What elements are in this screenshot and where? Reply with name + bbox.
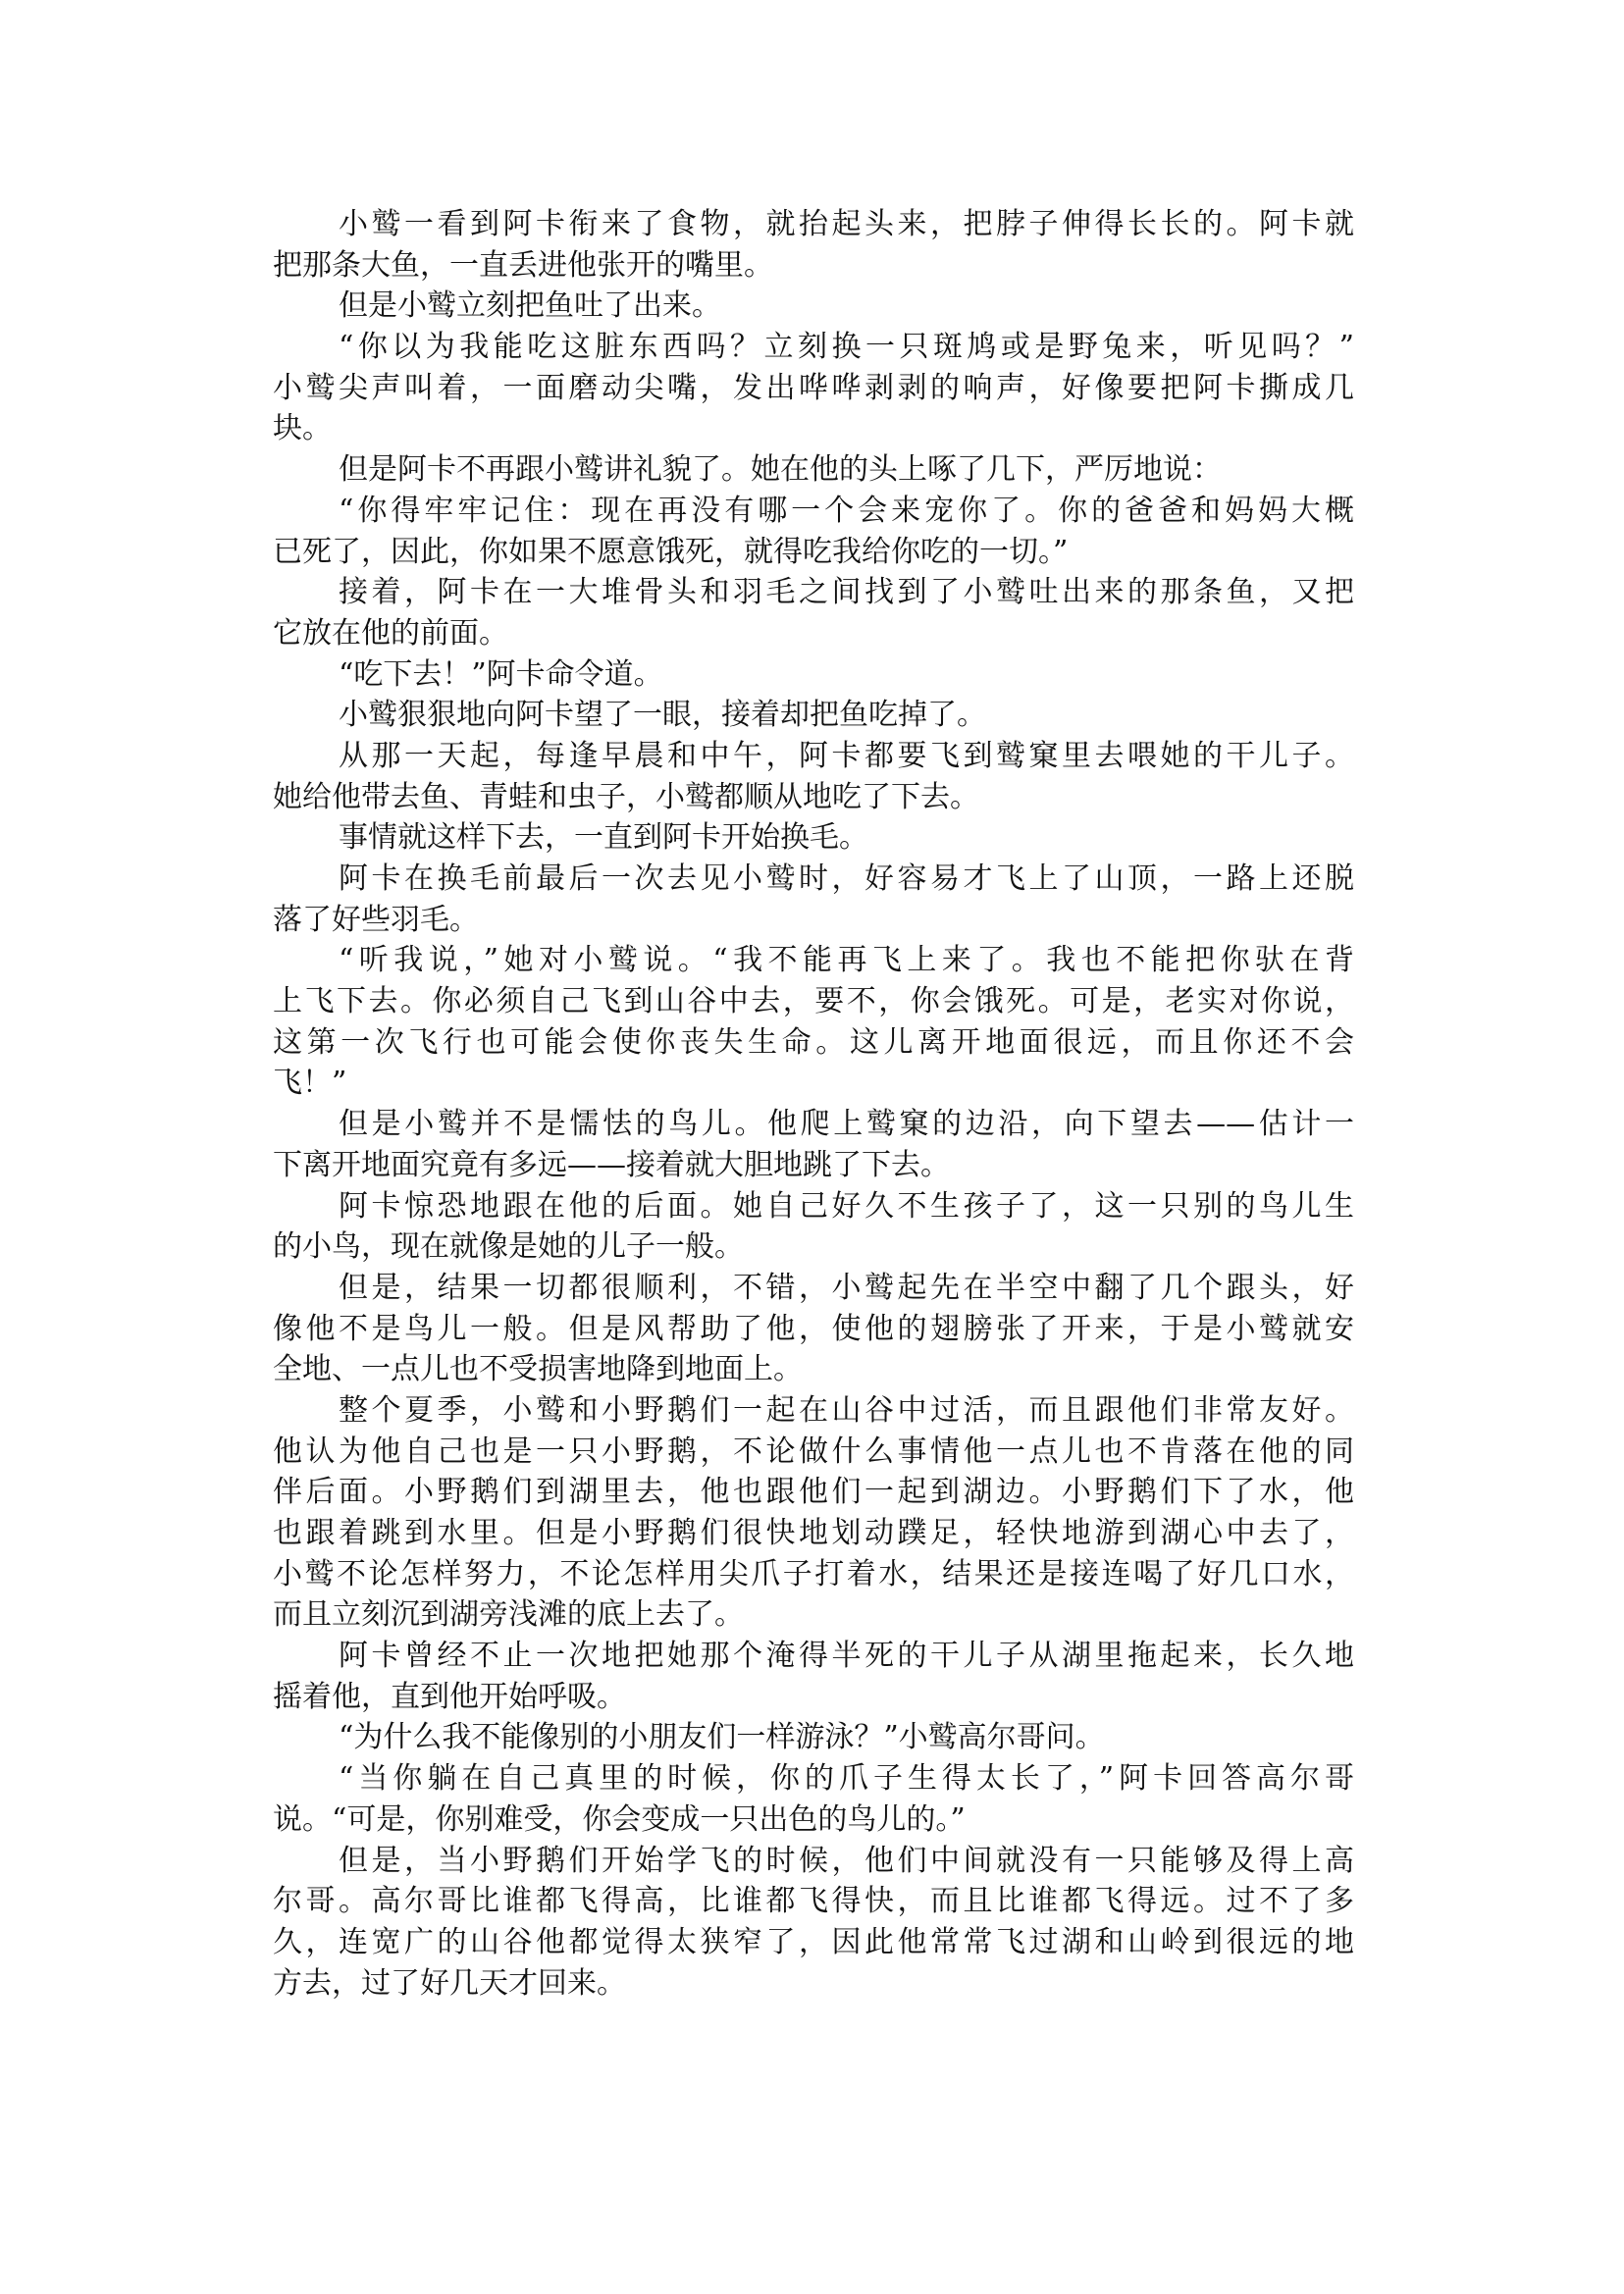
paragraph: 整个夏季，小鹫和小野鹅们一起在山谷中过活，而且跟他们非常友好。他认为他自己也是一… — [273, 1390, 1354, 1636]
text-line: 小鹫不论怎样努力，不论怎样用尖爪子打着水，结果还是接连喝了好几口水， — [273, 1554, 1354, 1595]
paragraph: 阿卡曾经不止一次地把她那个淹得半死的干儿子从湖里拖起来，长久地摇着他，直到他开始… — [273, 1636, 1354, 1717]
paragraph: 阿卡在换毛前最后一次去见小鹫时，好容易才飞上了山顶，一路上还脱落了好些羽毛。 — [273, 859, 1354, 940]
paragraph: 小鹫一看到阿卡衔来了食物，就抬起头来，把脖子伸得长长的。阿卡就把那条大鱼，一直丢… — [273, 204, 1354, 286]
text-line: “听我说，”她对小鹫说。“我不能再飞上来了。我也不能把你驮在背 — [273, 940, 1354, 981]
text-line: 像他不是鸟儿一般。但是风帮助了他，使他的翅膀张了开来，于是小鹫就安 — [273, 1309, 1354, 1350]
text-line: “吃下去！”阿卡命令道。 — [273, 654, 1354, 696]
text-line: 尔哥。高尔哥比谁都飞得高，比谁都飞得快，而且比谁都飞得远。过不了多 — [273, 1881, 1354, 1922]
text-line: 块。 — [273, 408, 1354, 449]
text-line: 摇着他，直到他开始呼吸。 — [273, 1677, 1354, 1718]
text-line: 他认为他自己也是一只小野鹅，不论做什么事情他一点儿也不肯落在他的同 — [273, 1432, 1354, 1473]
text-line: “你得牢牢记住：现在再没有哪一个会来宠你了。你的爸爸和妈妈大概 — [273, 491, 1354, 532]
paragraph: 小鹫狠狠地向阿卡望了一眼，接着却把鱼吃掉了。 — [273, 695, 1354, 736]
text-line: 小鹫狠狠地向阿卡望了一眼，接着却把鱼吃掉了。 — [273, 695, 1354, 736]
text-line: 把那条大鱼，一直丢进他张开的嘴里。 — [273, 245, 1354, 287]
text-line: 但是小鹫立刻把鱼吐了出来。 — [273, 286, 1354, 327]
text-line: 整个夏季，小鹫和小野鹅们一起在山谷中过活，而且跟他们非常友好。 — [273, 1390, 1354, 1432]
paragraph: 但是阿卡不再跟小鹫讲礼貌了。她在他的头上啄了几下，严厉地说： — [273, 449, 1354, 491]
text-line: 的小鸟，现在就像是她的儿子一般。 — [273, 1226, 1354, 1268]
paragraph: 但是小鹫立刻把鱼吐了出来。 — [273, 286, 1354, 327]
text-line: 从那一天起，每逢早晨和中午，阿卡都要飞到鹫窠里去喂她的干儿子。 — [273, 736, 1354, 777]
document-body: 小鹫一看到阿卡衔来了食物，就抬起头来，把脖子伸得长长的。阿卡就把那条大鱼，一直丢… — [273, 204, 1354, 2004]
text-line: 这第一次飞行也可能会使你丧失生命。这儿离开地面很远，而且你还不会 — [273, 1022, 1354, 1064]
paragraph: 但是，结果一切都很顺利，不错，小鹫起先在半空中翻了几个跟头，好像他不是鸟儿一般。… — [273, 1268, 1354, 1390]
document-page: 小鹫一看到阿卡衔来了食物，就抬起头来，把脖子伸得长长的。阿卡就把那条大鱼，一直丢… — [273, 204, 1354, 2004]
paragraph: “为什么我不能像别的小朋友们一样游泳？”小鹫高尔哥问。 — [273, 1717, 1354, 1758]
text-line: 说。“可是，你别难受，你会变成一只出色的鸟儿的。” — [273, 1799, 1354, 1841]
paragraph: “你得牢牢记住：现在再没有哪一个会来宠你了。你的爸爸和妈妈大概已死了，因此，你如… — [273, 491, 1354, 572]
text-line: 久，连宽广的山谷他都觉得太狭窄了，因此他常常飞过湖和山岭到很远的地 — [273, 1922, 1354, 1963]
text-line: 事情就这样下去，一直到阿卡开始换毛。 — [273, 817, 1354, 859]
paragraph: 但是小鹫并不是懦怯的鸟儿。他爬上鹫窠的边沿，向下望去——估计一下离开地面究竟有多… — [273, 1104, 1354, 1185]
text-line: 落了好些羽毛。 — [273, 900, 1354, 941]
paragraph: “听我说，”她对小鹫说。“我不能再飞上来了。我也不能把你驮在背上飞下去。你必须自… — [273, 940, 1354, 1104]
text-line: 但是小鹫并不是懦怯的鸟儿。他爬上鹫窠的边沿，向下望去——估计一 — [273, 1104, 1354, 1145]
text-line: 阿卡曾经不止一次地把她那个淹得半死的干儿子从湖里拖起来，长久地 — [273, 1636, 1354, 1677]
text-line: 也跟着跳到水里。但是小野鹅们很快地划动蹼足，轻快地游到湖心中去了， — [273, 1513, 1354, 1554]
paragraph: “吃下去！”阿卡命令道。 — [273, 654, 1354, 696]
text-line: 但是阿卡不再跟小鹫讲礼貌了。她在他的头上啄了几下，严厉地说： — [273, 449, 1354, 491]
text-line: 飞！” — [273, 1063, 1354, 1104]
text-line: 下离开地面究竟有多远——接着就大胆地跳了下去。 — [273, 1145, 1354, 1186]
text-line: 小鹫尖声叫着，一面磨动尖嘴，发出哗哗剥剥的响声，好像要把阿卡撕成几 — [273, 368, 1354, 409]
text-line: 伴后面。小野鹅们到湖里去，他也跟他们一起到湖边。小野鹅们下了水，他 — [273, 1472, 1354, 1513]
text-line: 而且立刻沉到湖旁浅滩的底上去了。 — [273, 1594, 1354, 1636]
text-line: “当你躺在自己真里的时候，你的爪子生得太长了，”阿卡回答高尔哥 — [273, 1758, 1354, 1799]
text-line: 她给他带去鱼、青蛙和虫子，小鹫都顺从地吃了下去。 — [273, 777, 1354, 818]
text-line: 阿卡在换毛前最后一次去见小鹫时，好容易才飞上了山顶，一路上还脱 — [273, 859, 1354, 900]
text-line: 它放在他的前面。 — [273, 613, 1354, 654]
paragraph: 但是，当小野鹅们开始学飞的时候，他们中间就没有一只能够及得上高尔哥。高尔哥比谁都… — [273, 1841, 1354, 2005]
text-line: “你以为我能吃这脏东西吗？立刻换一只斑鸠或是野兔来，听见吗？” — [273, 327, 1354, 368]
text-line: 阿卡惊恐地跟在他的后面。她自己好久不生孩子了，这一只别的鸟儿生 — [273, 1186, 1354, 1227]
text-line: 上飞下去。你必须自己飞到山谷中去，要不，你会饿死。可是，老实对你说， — [273, 981, 1354, 1022]
text-line: 已死了，因此，你如果不愿意饿死，就得吃我给你吃的一切。” — [273, 532, 1354, 573]
paragraph: “你以为我能吃这脏东西吗？立刻换一只斑鸠或是野兔来，听见吗？”小鹫尖声叫着，一面… — [273, 327, 1354, 449]
paragraph: 事情就这样下去，一直到阿卡开始换毛。 — [273, 817, 1354, 859]
paragraph: “当你躺在自己真里的时候，你的爪子生得太长了，”阿卡回答高尔哥说。“可是，你别难… — [273, 1758, 1354, 1840]
text-line: 但是，当小野鹅们开始学飞的时候，他们中间就没有一只能够及得上高 — [273, 1841, 1354, 1882]
paragraph: 从那一天起，每逢早晨和中午，阿卡都要飞到鹫窠里去喂她的干儿子。她给他带去鱼、青蛙… — [273, 736, 1354, 817]
text-line: “为什么我不能像别的小朋友们一样游泳？”小鹫高尔哥问。 — [273, 1717, 1354, 1758]
text-line: 方去，过了好几天才回来。 — [273, 1963, 1354, 2005]
text-line: 接着，阿卡在一大堆骨头和羽毛之间找到了小鹫吐出来的那条鱼，又把 — [273, 572, 1354, 613]
text-line: 全地、一点儿也不受损害地降到地面上。 — [273, 1349, 1354, 1390]
text-line: 小鹫一看到阿卡衔来了食物，就抬起头来，把脖子伸得长长的。阿卡就 — [273, 204, 1354, 245]
text-line: 但是，结果一切都很顺利，不错，小鹫起先在半空中翻了几个跟头，好 — [273, 1268, 1354, 1309]
paragraph: 阿卡惊恐地跟在他的后面。她自己好久不生孩子了，这一只别的鸟儿生的小鸟，现在就像是… — [273, 1186, 1354, 1268]
paragraph: 接着，阿卡在一大堆骨头和羽毛之间找到了小鹫吐出来的那条鱼，又把它放在他的前面。 — [273, 572, 1354, 653]
